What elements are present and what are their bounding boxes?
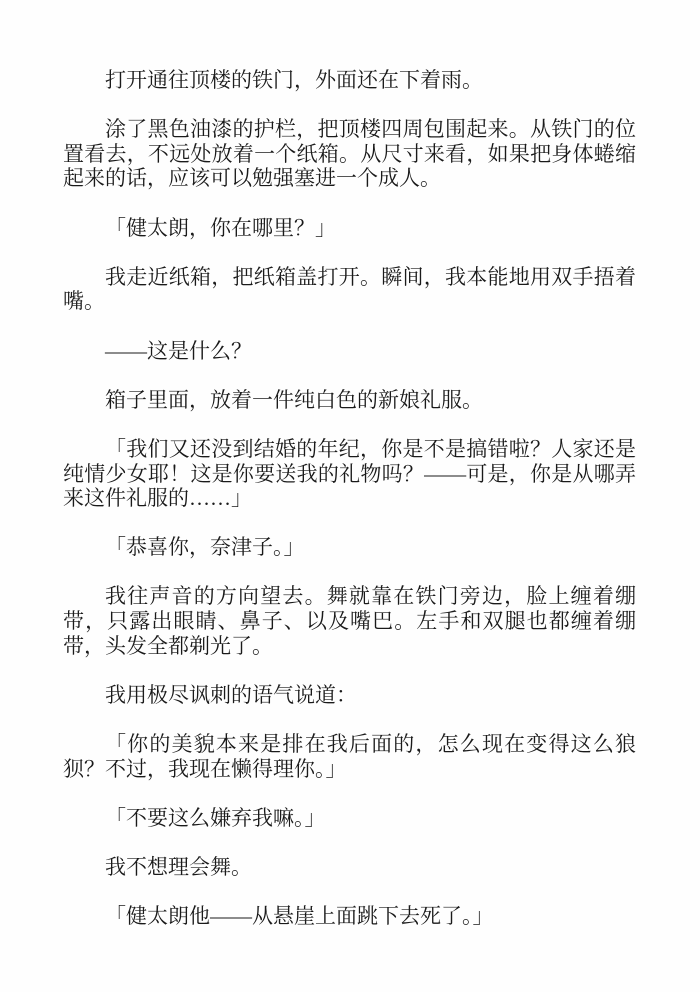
paragraph: 「你的美貌本来是排在我后面的，怎么现在变得这么狼狈？不过，我现在懒得理你。」	[63, 732, 636, 781]
paragraph: 箱子里面，放着一件纯白色的新娘礼服。	[63, 388, 636, 413]
paragraph: 打开通往顶楼的铁门，外面还在下着雨。	[63, 68, 636, 93]
paragraph: 「健太朗，你在哪里？」	[63, 216, 636, 241]
paragraph: 涂了黑色油漆的护栏，把顶楼四周包围起来。从铁门的位置看去，不远处放着一个纸箱。从…	[63, 117, 636, 191]
paragraph: 我用极尽讽刺的语气说道：	[63, 683, 636, 708]
paragraph: 「不要这么嫌弃我嘛。」	[63, 806, 636, 831]
paragraph: 我往声音的方向望去。舞就靠在铁门旁边，脸上缠着绷带，只露出眼睛、鼻子、以及嘴巴。…	[63, 584, 636, 658]
paragraph: 我不想理会舞。	[63, 855, 636, 880]
paragraph: 「健太朗他——从悬崖上面跳下去死了。」	[63, 904, 636, 929]
paragraph: ——这是什么？	[63, 339, 636, 364]
paragraph: 「我们又还没到结婚的年纪，你是不是搞错啦？人家还是纯情少女耶！这是你要送我的礼物…	[63, 437, 636, 511]
paragraph: 「恭喜你，奈津子。」	[63, 535, 636, 560]
novel-page: 打开通往顶楼的铁门，外面还在下着雨。涂了黑色油漆的护栏，把顶楼四周包围起来。从铁…	[0, 0, 700, 992]
page-content: 打开通往顶楼的铁门，外面还在下着雨。涂了黑色油漆的护栏，把顶楼四周包围起来。从铁…	[63, 68, 636, 929]
paragraph: 我走近纸箱，把纸箱盖打开。瞬间，我本能地用双手捂着嘴。	[63, 265, 636, 314]
